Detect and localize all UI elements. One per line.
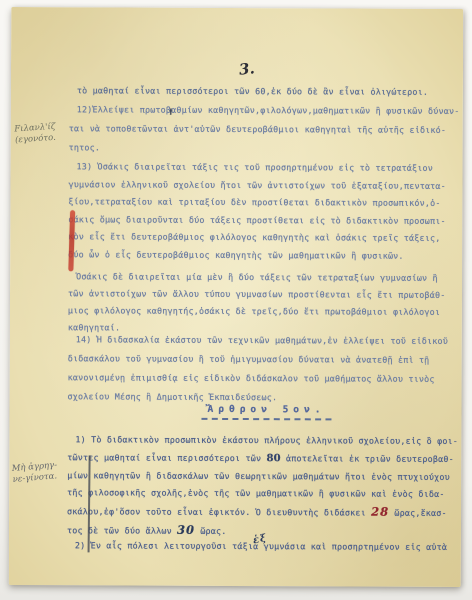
- text-line: τῶν ἀντιστοίχων τῶν ἄλλου τύπου γυμνασίω…: [68, 285, 466, 304]
- handwritten-red-number: 28: [371, 505, 389, 519]
- margin-annotation-bottom: Μὴ ἀγρηγ- νε-γίνοτα.: [11, 460, 58, 486]
- article-heading: Ἄρθρον 5ον.: [67, 403, 465, 416]
- typed-text: μίων καθηγητῶν ἢ διδασκάλων τῶν θεωρητικ…: [67, 470, 450, 482]
- typed-text: σχολείου Μέσης ἢ Δημοτικῆς Ἐκπαιδεύσεως.: [68, 391, 278, 402]
- text-line: Ὁσάκις δὲ διαιρεῖται μία μὲν ἢ δύο τάξει…: [68, 268, 466, 287]
- text-line: 14) Ἡ διδασκαλία ἑκάστου τῶν τεχνικῶν μα…: [68, 330, 466, 351]
- margin-annotation-line: νε-γίνοτα.: [12, 471, 58, 486]
- document-page: 3. τὸ μαθηταί εἶναι περισσότεροι τῶν 60,…: [9, 7, 464, 587]
- para-13b: Ὁσάκις δὲ διαιρεῖται μία μὲν ἢ δύο τάξει…: [68, 268, 466, 338]
- typed-text: ὥρας.: [195, 526, 226, 536]
- typed-text: τῶν ἀντιστοίχων τῶν ἄλλου τύπου γυμνασίω…: [68, 288, 445, 300]
- text-line: τῆς φιλοσοφικῆς σχολῆς,ἑνὸς τῆς τῶν μαθη…: [67, 485, 465, 505]
- typed-text: ὥρας,ἕκασ-: [389, 508, 447, 518]
- typed-text: σκάλου,ἐφ'ὅσον τοῦτο εἶναι ἐφικτόν. Ὁ δι…: [67, 506, 371, 517]
- text-line: 13) Ὁσάκις διαιρεῖται τάξις τις τοῦ προσ…: [69, 158, 467, 177]
- text-line: ται νὰ τοποθετῶνται ἀντ'αὐτῶν δευτεροβάθ…: [69, 119, 467, 140]
- typed-text-layer: τὸ μαθηταί εἶναι περισσότεροι τῶν 60,ἐκ …: [67, 7, 468, 587]
- typed-text: 1) Τὸ διδακτικὸν προσωπικὸν ἑκάστου πλήρ…: [75, 434, 458, 446]
- typed-text: σάκις ὅμως διαιροῦνται δύο τάξεις προστί…: [68, 214, 445, 226]
- typed-text: ξίου,τετραταξίου καὶ τριταξίου δὲν προστ…: [68, 196, 440, 208]
- para-14: 14) Ἡ διδασκαλία ἑκάστου τῶν τεχνικῶν μα…: [68, 330, 466, 408]
- text-line: δύο ὧν ὁ εἷς δευτεροβάθμιος καθηγητὴς τῶ…: [68, 246, 466, 265]
- text-line: σάκις ὅμως διαιροῦνται δύο τάξεις προστί…: [68, 211, 466, 230]
- text-line: τῶντες μαθηταί εἶναι περισσότεροι τῶν 80…: [67, 449, 465, 469]
- handwritten-blue-number: 30: [177, 523, 195, 537]
- typed-text: δύο ὧν ὁ εἷς δευτεροβάθμιος καθηγητὴς τῶ…: [68, 249, 404, 260]
- text-line: κανονισμένῃ ἐπιμισθίᾳ εἰς εἰδικὸν διδάσκ…: [68, 368, 466, 389]
- typed-text: ται νὰ τοποθετῶνται ἀντ'αὐτῶν δευτεροβάθ…: [69, 123, 446, 135]
- typed-text: 14) Ἡ διδασκαλία ἑκάστου τῶν τεχνικῶν μα…: [76, 334, 448, 346]
- typed-text: τὸ μαθηταί εἶναι περισσότεροι τῶν 60,ἐκ …: [77, 85, 428, 97]
- typed-text: Ὁσάκις δὲ διαιρεῖται μία μὲν ἢ δύο τάξει…: [76, 271, 438, 283]
- article-heading-text: Ἄρθρον 5ον.: [201, 404, 331, 421]
- text-line: μιος φιλόλογος καθηγητής,ὁσάκις δὲ τρεῖς…: [68, 302, 466, 321]
- text-line: τητος.: [69, 138, 467, 159]
- typed-text: διδασκάλου τοῦ γυμνασίου ἢ τοῦ ἡμιγυμνασ…: [68, 353, 430, 365]
- margin-annotation-top: Fιλανλ'ίζ (εγονότο.: [14, 122, 57, 147]
- typed-text: 12)Ἐλλείψει πρωτοβαθμίων καθηγητῶν,φιλολ…: [77, 104, 460, 116]
- typed-text: κανονισμένῃ ἐπιμισθίᾳ εἰς εἰδικὸν διδάσκ…: [68, 372, 435, 384]
- typed-text: κὸν εἷς ἔτι δευτεροβάθμιος φιλόλογος καθ…: [68, 231, 440, 243]
- typed-text: 13) Ὁσάκις διαιρεῖται τάξις τις τοῦ προσ…: [77, 161, 434, 173]
- typed-text: μιος φιλόλογος καθηγητής,ὁσάκις δὲ τρεῖς…: [68, 305, 440, 317]
- text-line: κὸν εἷς ἔτι δευτεροβάθμιος φιλόλογος καθ…: [68, 228, 466, 247]
- para-1: 1) Τὸ διδακτικὸν προσωπικὸν ἑκάστου πλήρ…: [67, 431, 465, 542]
- text-line: 1) Τὸ διδακτικὸν προσωπικὸν ἑκάστου πλήρ…: [67, 431, 465, 451]
- para-13: 13) Ὁσάκις διαιρεῖται τάξις τις τοῦ προσ…: [68, 158, 466, 265]
- typed-text: τῆς φιλοσοφικῆς σχολῆς,ἑνὸς τῆς τῶν μαθη…: [67, 488, 444, 500]
- typed-text: τῶντες μαθηταί εἶναι περισσότεροι τῶν: [67, 452, 266, 463]
- text-line: 12)Ἐλλείψει πρωτοβαθμίων καθηγητῶν,φιλολ…: [69, 100, 467, 121]
- typed-text: τητος.: [69, 142, 100, 152]
- text-line: διδασκάλου τοῦ γυμνασίου ἢ τοῦ ἡμιγυμνασ…: [68, 349, 466, 370]
- handwritten-overwrite-number: 80: [266, 453, 280, 464]
- para-continuation: τὸ μαθηταί εἶναι περισσότεροι τῶν 60,ἐκ …: [69, 83, 467, 100]
- typed-text: ἀποτελεῖται ἐκ τριῶν δευτεροβαθ-: [281, 453, 454, 464]
- text-line: ξίου,τετραταξίου καὶ τριταξίου δὲν προστ…: [68, 193, 466, 212]
- text-line: μίων καθηγητῶν ἢ διδασκάλων τῶν θεωρητικ…: [67, 467, 465, 487]
- margin-annotation-line: (εγονότο.: [15, 133, 57, 147]
- text-line: γυμνάσιον ἑλληνικοῦ σχολείου ἤτοι τῶν ἀν…: [68, 176, 466, 195]
- para-12: 12)Ἐλλείψει πρωτοβαθμίων καθηγητῶν,φιλολ…: [69, 100, 467, 159]
- typed-text: τος δὲ τῶν δύο ἄλλων: [67, 525, 177, 535]
- text-line: τὸ μαθηταί εἶναι περισσότεροι τῶν 60,ἐκ …: [69, 83, 467, 100]
- typed-text: γυμνάσιον ἑλληνικοῦ σχολείου ἤτοι τῶν ἀν…: [68, 179, 445, 191]
- handwritten-caret-mark: ϯ: [169, 107, 173, 118]
- text-line: σκάλου,ἐφ'ὅσον τοῦτο εἶναι ἐφικτόν. Ὁ δι…: [67, 502, 465, 523]
